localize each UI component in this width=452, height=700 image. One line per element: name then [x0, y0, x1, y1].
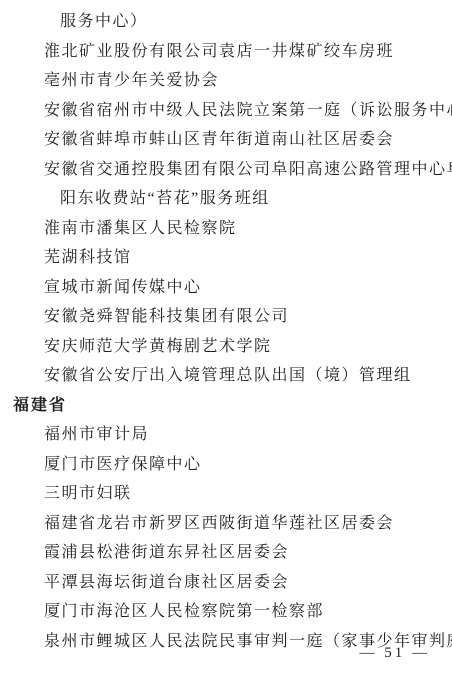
document-line: 服务中心） [0, 7, 452, 37]
document-line: 安徽省蚌埠市蚌山区青年街道南山社区居委会 [0, 125, 452, 155]
document-line: 安徽省宿州市中级人民法院立案第一庭（诉讼服务中心） [0, 96, 452, 126]
document-line: 厦门市海沧区人民检察院第一检察部 [0, 597, 452, 627]
document-page: 服务中心）淮北矿业股份有限公司袁店一井煤矿绞车房班亳州市青少年关爱协会安徽省宿州… [0, 0, 452, 700]
page-number: — 51 — [360, 645, 431, 662]
document-line: 安徽省公安厅出入境管理总队出国（境）管理组 [0, 361, 452, 391]
document-line: 福州市审计局 [0, 420, 452, 450]
document-line: 三明市妇联 [0, 479, 452, 509]
document-line: 芜湖科技馆 [0, 243, 452, 273]
document-line: 平潭县海坛街道台康社区居委会 [0, 568, 452, 598]
document-line: 安徽尧舜智能科技集团有限公司 [0, 302, 452, 332]
document-line: 宣城市新闻传媒中心 [0, 273, 452, 303]
document-line: 厦门市医疗保障中心 [0, 450, 452, 480]
document-line: 亳州市青少年关爱协会 [0, 66, 452, 96]
document-line: 霞浦县松港街道东昇社区居委会 [0, 538, 452, 568]
document-line: 阳东收费站“苔花”服务班组 [0, 184, 452, 214]
document-line: 安徽省交通控股集团有限公司阜阳高速公路管理中心阜 [0, 155, 452, 185]
document-line: 淮南市潘集区人民检察院 [0, 214, 452, 244]
section-header: 福建省 [0, 391, 452, 421]
document-line: 安庆师范大学黄梅剧艺术学院 [0, 332, 452, 362]
document-line-list: 服务中心）淮北矿业股份有限公司袁店一井煤矿绞车房班亳州市青少年关爱协会安徽省宿州… [0, 0, 452, 656]
document-line: 福建省龙岩市新罗区西陂街道华莲社区居委会 [0, 509, 452, 539]
document-line: 淮北矿业股份有限公司袁店一井煤矿绞车房班 [0, 37, 452, 67]
